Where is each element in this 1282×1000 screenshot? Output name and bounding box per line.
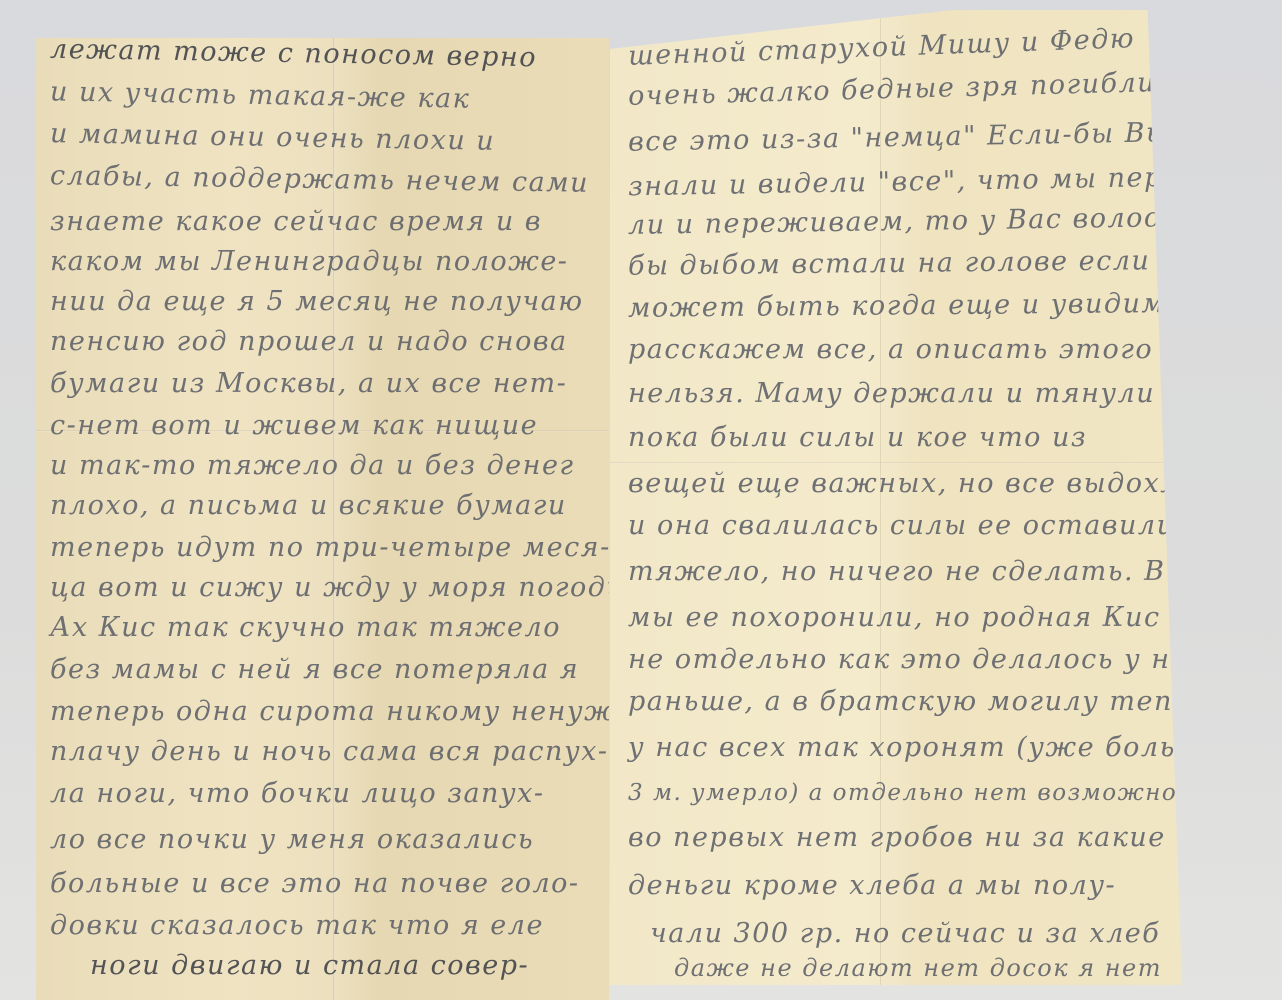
handwritten-line: слабы, а поддержать нечем сами bbox=[50, 160, 589, 199]
handwritten-line: знаете какое сейчас время и в bbox=[50, 206, 542, 237]
handwritten-line: ца вот и сижу и жду у моря погоды. bbox=[50, 572, 609, 603]
handwritten-line: бы дыбом встали на голове если bbox=[628, 245, 1151, 281]
handwritten-line: каком мы Ленинградцы положе- bbox=[50, 246, 568, 277]
handwritten-line: ноги двигаю и стала совер- bbox=[90, 950, 529, 981]
handwritten-line: деньги кроме хлеба а мы полу- bbox=[628, 870, 1116, 901]
handwritten-line: с-нет вот и живем как нищие bbox=[50, 410, 538, 441]
handwritten-line: теперь одна сирота никому ненужная, bbox=[50, 696, 609, 727]
handwritten-line: ла ноги, что бочки лицо запух- bbox=[50, 778, 544, 809]
handwritten-line: у нас всех так хоронят (уже больше bbox=[628, 732, 1182, 763]
handwritten-line: больные и все это на почве голо- bbox=[50, 868, 580, 899]
right-page: шенной старухой Мишу и Федю очень жалко … bbox=[610, 10, 1182, 985]
handwritten-line: даже не делают нет досок я нет bbox=[674, 954, 1162, 982]
handwritten-line: и она свалилась силы ее оставили, bbox=[628, 510, 1182, 541]
left-page: лежат тоже с поносом верно и их участь т… bbox=[36, 38, 609, 1000]
handwritten-line: Ах Кис так скучно так тяжело bbox=[50, 612, 561, 643]
handwritten-line: знали и видели "все", что мы пережи- bbox=[628, 161, 1182, 203]
handwritten-line: мы ее похоронили, но родная Кис bbox=[628, 602, 1161, 633]
handwritten-line: ло все почки у меня оказались bbox=[50, 824, 534, 855]
handwritten-line: тяжело, но ничего не сделать. Вчера bbox=[628, 556, 1182, 587]
handwritten-line: раньше, а в братскую могилу теперь bbox=[628, 686, 1182, 717]
handwritten-line: и так-то тяжело да и без денег bbox=[50, 450, 575, 481]
letter-photo: лежат тоже с поносом верно и их участь т… bbox=[0, 0, 1282, 1000]
handwritten-line: нии да еще я 5 месяц не получаю bbox=[50, 286, 584, 317]
horizontal-fold-crease bbox=[610, 462, 1182, 464]
handwritten-line: все это из-за "немца" Если-бы Вы bbox=[628, 117, 1170, 157]
handwritten-line: не отдельно как это делалось у нас bbox=[628, 644, 1182, 675]
handwritten-line: нельзя. Маму держали и тянули bbox=[628, 378, 1155, 409]
handwritten-line: и их участь такая-же как bbox=[50, 76, 471, 114]
handwritten-line: чали 300 гр. но сейчас и за хлеб bbox=[650, 918, 1160, 949]
handwritten-line: плачу день и ночь сама вся распух- bbox=[50, 736, 608, 767]
handwritten-line: пенсию год прошел и надо снова bbox=[50, 326, 568, 357]
handwritten-line: и мамина они очень плохи и bbox=[50, 118, 496, 157]
handwritten-line: лежат тоже с поносом верно bbox=[50, 38, 537, 73]
handwritten-line: может быть когда еще и увидимся, то bbox=[628, 287, 1182, 324]
handwritten-line: расскажем все, а описать этого bbox=[628, 334, 1153, 365]
handwritten-line: пока были силы и кое что из bbox=[628, 422, 1087, 453]
handwritten-line: без мамы с ней я все потеряла я bbox=[50, 654, 579, 685]
handwritten-line: во первых нет гробов ни за какие bbox=[628, 822, 1166, 853]
handwritten-line: вещей еще важных, но все выдохлось bbox=[628, 468, 1182, 499]
handwritten-line: бумаги из Москвы, а их все нет- bbox=[50, 368, 567, 399]
handwritten-line: довки сказалось так что я еле bbox=[50, 910, 544, 941]
handwritten-line: ли и переживаем, то у Вас волосы bbox=[628, 202, 1182, 241]
handwritten-line: плохо, а письма и всякие бумаги bbox=[50, 490, 567, 521]
handwritten-line: очень жалко бедные зря погибли bbox=[628, 67, 1157, 112]
handwritten-line: 3 м. умерло) а отдельно нет возможности bbox=[628, 780, 1182, 806]
handwritten-line: теперь идут по три-четыре меся- bbox=[50, 532, 609, 563]
